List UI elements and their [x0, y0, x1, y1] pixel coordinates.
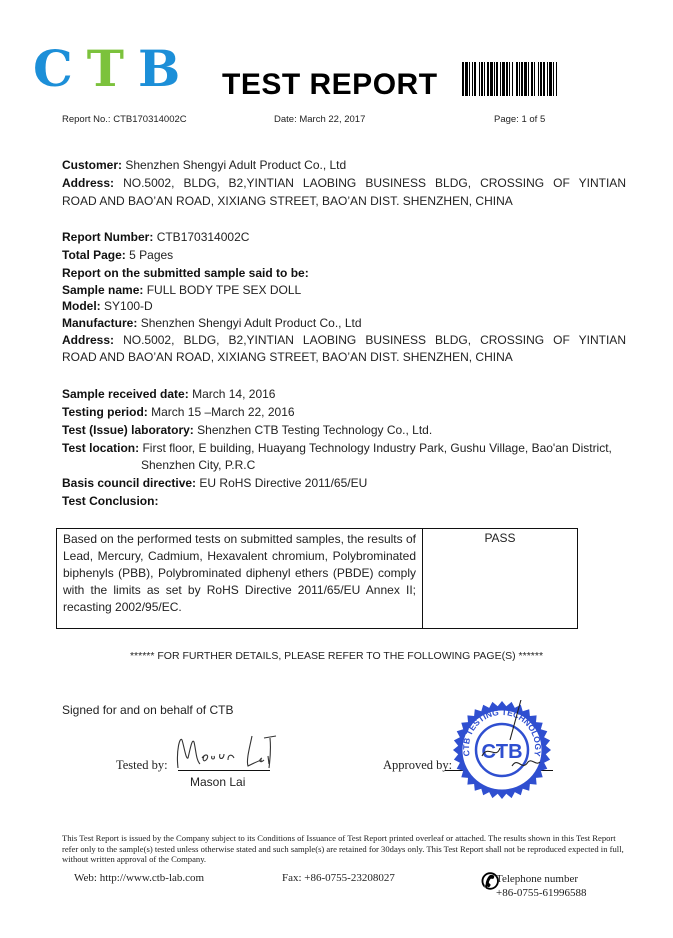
- submitted-heading: Report on the submitted sample said to b…: [62, 265, 309, 282]
- model-value: SY100-D: [104, 299, 153, 313]
- submitted-heading-text: Report on the submitted sample said to b…: [62, 266, 309, 280]
- fax-number: Fax: +86-0755-23208027: [282, 872, 395, 884]
- web-link[interactable]: Web: http://www.ctb-lab.com: [74, 872, 204, 884]
- total-page-row: Total Page: 5 Pages: [62, 247, 173, 264]
- logo-letter-c: C: [33, 39, 87, 98]
- manufacture-label: Manufacture:: [62, 316, 137, 330]
- header-page: Page: 1 of 5: [494, 114, 545, 125]
- disclaimer-text: This Test Report is issued by the Compan…: [62, 833, 626, 865]
- logo-letter-t: T: [87, 39, 138, 98]
- company-stamp: CTB TESTING TECHNOLOGY CTB: [452, 700, 552, 800]
- total-page-value: 5 Pages: [129, 248, 173, 262]
- manufacture-row: Manufacture: Shenzhen Shengyi Adult Prod…: [62, 315, 362, 332]
- directive-label: Basis council directive:: [62, 476, 196, 490]
- location-value: First floor, E building, Huayang Technol…: [142, 441, 611, 455]
- customer-value: Shenzhen Shengyi Adult Product Co., Ltd: [125, 158, 346, 172]
- location-row: Test location: First floor, E building, …: [62, 440, 612, 457]
- directive-row: Basis council directive: EU RoHS Directi…: [62, 475, 367, 492]
- conclusion-text: Based on the performed tests on submitte…: [57, 529, 423, 628]
- tester-signature: [172, 730, 282, 772]
- svg-text:CTB: CTB: [481, 741, 522, 763]
- report-title: TEST REPORT: [222, 68, 438, 102]
- model-row: Model: SY100-D: [62, 298, 153, 315]
- tester-signature-line: [178, 770, 270, 771]
- customer-address-label: Address:: [62, 176, 114, 190]
- signed-for-text: Signed for and on behalf of CTB: [62, 703, 233, 717]
- received-value: March 14, 2016: [192, 387, 275, 401]
- manufacture-address-line1: Address: NO.5002, BLDG, B2,YINTIAN LAOBI…: [62, 332, 626, 349]
- customer-row: Customer: Shenzhen Shengyi Adult Product…: [62, 157, 346, 174]
- sample-name-row: Sample name: FULL BODY TPE SEX DOLL: [62, 282, 301, 299]
- model-label: Model:: [62, 299, 101, 313]
- report-number-value: CTB170314002C: [157, 230, 250, 244]
- conclusion-label: Test Conclusion:: [62, 494, 158, 508]
- manufacture-value: Shenzhen Shengyi Adult Product Co., Ltd: [141, 316, 362, 330]
- sample-name-value: FULL BODY TPE SEX DOLL: [147, 283, 302, 297]
- approved-by-label: Approved by:: [383, 758, 452, 773]
- directive-value: EU RoHS Directive 2011/65/EU: [199, 476, 367, 490]
- report-number-label: Report Number:: [62, 230, 153, 244]
- period-row: Testing period: March 15 –March 22, 2016: [62, 404, 295, 421]
- lab-value: Shenzhen CTB Testing Technology Co., Ltd…: [197, 423, 432, 437]
- barcode-icon: [462, 62, 628, 96]
- total-page-label: Total Page:: [62, 248, 126, 262]
- sample-name-label: Sample name:: [62, 283, 143, 297]
- tested-by-label: Tested by:: [116, 758, 168, 773]
- manufacture-address-line2: ROAD AND BAO’AN ROAD, XIXIANG STREET, BA…: [62, 349, 513, 366]
- telephone-value: +86-0755-61996588: [496, 886, 587, 900]
- location-line2: Shenzhen City, P.R.C: [141, 457, 255, 474]
- customer-address-line1: Address: NO.5002, BLDG, B2,YINTIAN LAOBI…: [62, 175, 626, 192]
- report-number-row: Report Number: CTB170314002C: [62, 229, 249, 246]
- logo-letter-b: B: [138, 39, 194, 98]
- period-value: March 15 –March 22, 2016: [151, 405, 294, 419]
- lab-label: Test (Issue) laboratory:: [62, 423, 194, 437]
- customer-address-value: NO.5002, BLDG, B2,YINTIAN LAOBING BUSINE…: [123, 176, 626, 190]
- further-details-note: ****** FOR FURTHER DETAILS, PLEASE REFER…: [0, 650, 673, 662]
- conclusion-table: Based on the performed tests on submitte…: [56, 528, 578, 629]
- received-label: Sample received date:: [62, 387, 189, 401]
- received-row: Sample received date: March 14, 2016: [62, 386, 275, 403]
- conclusion-result: PASS: [423, 529, 577, 545]
- header-report-no: Report No.: CTB170314002C: [62, 114, 187, 125]
- telephone-block: Telephone number +86-0755-61996588: [496, 872, 587, 900]
- telephone-label: Telephone number: [496, 872, 587, 886]
- conclusion-heading: Test Conclusion:: [62, 493, 158, 510]
- ctb-logo: CTB: [33, 44, 194, 94]
- location-label: Test location:: [62, 441, 139, 455]
- lab-row: Test (Issue) laboratory: Shenzhen CTB Te…: [62, 422, 432, 439]
- header-date: Date: March 22, 2017: [274, 114, 365, 125]
- tester-name: Mason Lai: [190, 775, 245, 789]
- manufacture-address-label: Address:: [62, 333, 114, 347]
- period-label: Testing period:: [62, 405, 148, 419]
- customer-address-line2: ROAD AND BAO’AN ROAD, XIXIANG STREET, BA…: [62, 193, 513, 210]
- customer-label: Customer:: [62, 158, 122, 172]
- manufacture-address-value: NO.5002, BLDG, B2,YINTIAN LAOBING BUSINE…: [123, 333, 626, 347]
